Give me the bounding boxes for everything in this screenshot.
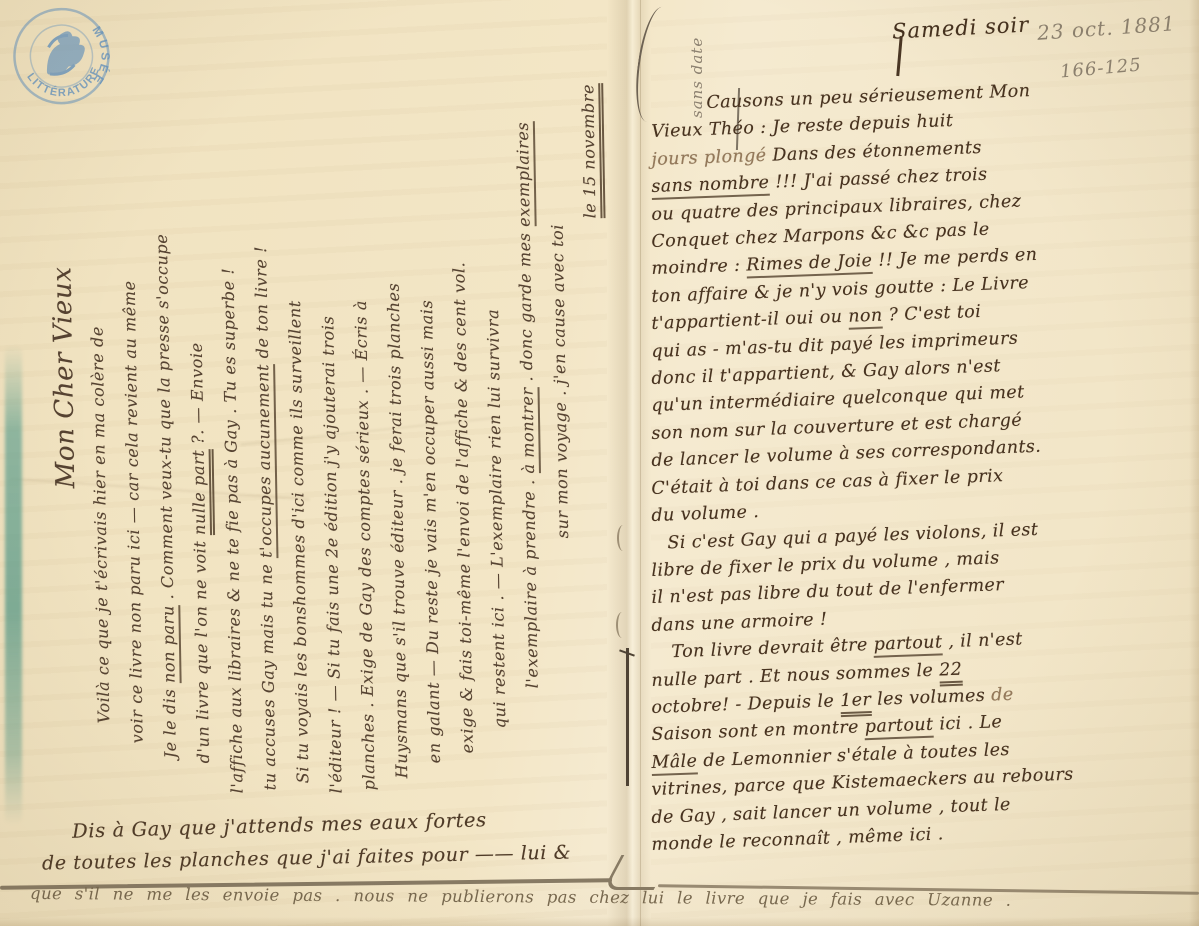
letter-heading: Samedi soir: [891, 12, 1029, 43]
text-segment: exemplaires: [513, 122, 537, 227]
text-segment: partout: [873, 632, 942, 658]
text-segment: ? C'est toi: [882, 302, 981, 326]
paper-edge-bottom: [0, 917, 1199, 926]
text-segment: moindre :: [651, 256, 747, 279]
text-segment: 22: [939, 659, 963, 686]
text-segment: le 15 novembre: [578, 84, 605, 219]
text-segment: non paru: [158, 605, 181, 683]
bottom-postscript-line-2: de toutes les planches que j'ai faites p…: [42, 841, 572, 874]
text-segment: du volume .: [651, 502, 759, 526]
text-segment: voir ce livre non paru ici — car cela re…: [120, 280, 147, 743]
text-segment: Saison sont en montre: [651, 718, 865, 746]
bottom-postscript-line-3: que s'il ne me les envoie pas . nous ne …: [30, 884, 1199, 911]
text-segment: !! Je me perds en: [872, 245, 1038, 271]
text-segment: Huysmans que s'il trouve éditeur . je fe…: [384, 282, 412, 778]
text-segment: . donc garde mes: [515, 227, 537, 388]
text-segment: t'appartient-il oui ou: [651, 307, 849, 334]
text-segment: qui restent ici . — L'exemplaire rien lu…: [483, 309, 509, 729]
fold-crease-line: [640, 0, 641, 926]
text-segment: l'exemplaire à prendre .: [519, 473, 542, 688]
text-segment: Dans des étonnements: [766, 138, 982, 166]
text-segment: ici . Le: [933, 712, 1003, 735]
text-segment: Mon Cher Vieux: [47, 266, 81, 488]
text-segment: , il n'est: [942, 630, 1023, 653]
text-segment: . Comment veux-tu que la presse s'occupe: [152, 234, 177, 606]
text-segment: Mâle: [651, 751, 698, 776]
text-segment: Voilà ce que je t'écrivais hier en ma co…: [87, 326, 113, 724]
text-segment: sans nombre: [651, 173, 770, 200]
text-segment: !!! J'ai passé chez trois: [769, 165, 988, 193]
text-segment: de: [991, 685, 1014, 706]
letter-scan: MUSÉE LITTÉRATURE 23 oct. 1881 166-125 s…: [0, 0, 1199, 926]
text-segment: partout: [864, 715, 933, 741]
text-segment: Ton livre devrait être: [671, 635, 874, 662]
text-segment: Rimes de Joie: [746, 251, 873, 279]
margin-vertical-stroke: [626, 648, 629, 786]
pencil-date-annotation: 23 oct. 1881: [1036, 11, 1176, 45]
text-segment: nulle part: [189, 449, 215, 535]
margin-paren-mark: [616, 612, 628, 638]
text-segment: sur mon voyage . j'en cause avec toi: [548, 224, 572, 539]
text-segment: t'occupes aucunement: [253, 364, 278, 558]
margin-paren-mark: [617, 525, 629, 551]
text-segment: l'affiche aux libraires & ne te fie pas …: [218, 267, 246, 793]
text-segment: octobre! - Depuis le: [651, 691, 840, 718]
teal-paper-edge: [5, 345, 22, 825]
text-segment: tu accuses Gay mais tu ne: [256, 558, 279, 791]
text-segment: en galant — Du reste je vais m'en occupe…: [417, 300, 444, 764]
text-segment: Je le dis: [160, 683, 180, 759]
left-page-text: Mon Cher VieuxVoilà ce que je t'écrivais…: [56, 18, 617, 818]
text-segment: non: [848, 306, 883, 330]
text-segment: à montrer: [517, 387, 541, 474]
text-segment: dans une armoire !: [651, 609, 828, 635]
text-segment: de ton livre !: [251, 246, 272, 365]
text-segment: les volumes: [871, 685, 992, 709]
text-segment: Si tu voyais les bonshommes d'ici comme …: [285, 300, 312, 783]
text-segment: d'un livre que l'on ne voit: [190, 535, 213, 764]
text-segment: jours plongé: [651, 146, 767, 170]
right-page-text: Causons un peu sérieusement MonVieux Thé…: [652, 92, 1199, 859]
text-segment: planches . Exige de Gay des comptes séri…: [351, 300, 379, 791]
text-segment: l'éditeur ! — Si tu fais une 2e édition …: [318, 315, 345, 793]
text-segment: 1er: [840, 690, 872, 717]
text-segment: exige & fais toi-même l'envoi de l'affic…: [449, 262, 477, 754]
text-segment: ?. — Envoie: [187, 342, 208, 450]
